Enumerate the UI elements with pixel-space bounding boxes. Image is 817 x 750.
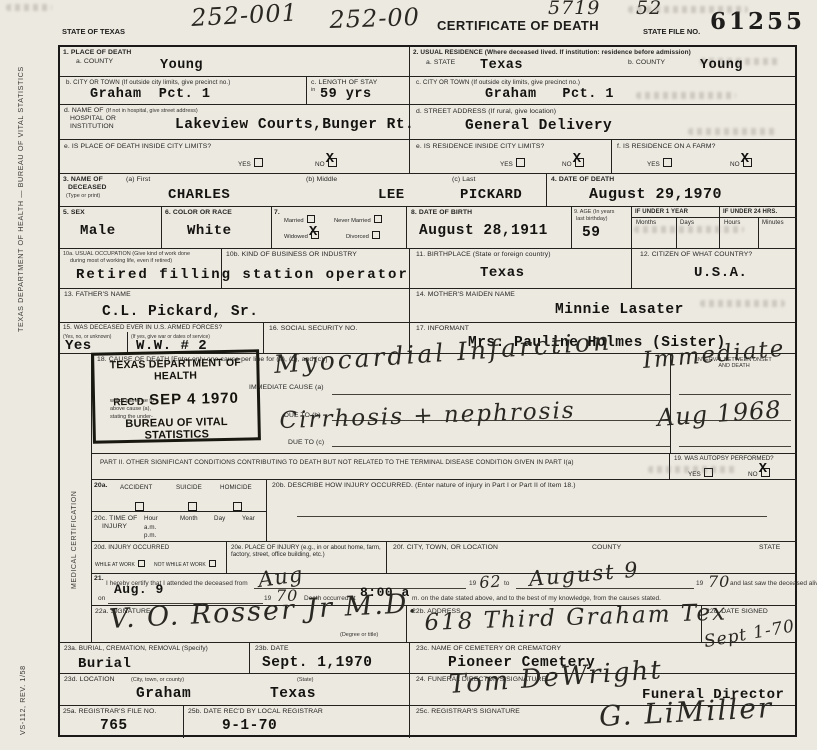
homicide-label: HOMICIDE (220, 484, 252, 491)
burial-date-value: Sept. 1,1970 (262, 655, 372, 671)
row-parents: 13. FATHER'S NAME C.L. Pickard, Sr. 14. … (60, 289, 795, 323)
checkbox-x-mark: X (573, 151, 581, 167)
date-received-value: 9-1-70 (222, 718, 277, 734)
city-of-death-value: Graham Pct. 1 (90, 87, 210, 102)
row-name-deceased: 3. NAME OF DECEASED (Type or print) (a) … (60, 174, 795, 207)
usual-residence-label: 2. USUAL RESIDENCE (Where deceased lived… (413, 49, 691, 56)
armed-forces-cell: 15. WAS DECEASED EVER IN U.S. ARMED FORC… (60, 323, 264, 353)
residence-limits-yes: YES (500, 158, 525, 168)
widowed-checkbox: X (311, 231, 319, 239)
burial-location-label: 23d. LOCATION (64, 676, 115, 683)
decedent-middle-name: LEE (378, 187, 405, 203)
residence-city-label: c. CITY OR TOWN (If outside city limits,… (416, 79, 580, 86)
armed-forces-label: 15. WAS DECEASED EVER IN U.S. ARMED FORC… (63, 324, 222, 331)
divorced-option: Divorced (346, 231, 380, 240)
physician-signature-cell: 22a. SIGNATURE (Degree or title) V. O. R… (92, 606, 407, 642)
handwritten-district-code: 252-001 (191, 0, 299, 32)
suicide-label: SUICIDE (176, 484, 202, 491)
handwritten-number-2: 52 (636, 0, 662, 19)
due-to-c-label: DUE TO (c) (288, 439, 324, 446)
date-received-label: 25b. DATE REC'D BY LOCAL REGISTRAR (188, 708, 323, 715)
residence-city-value: Graham Pct. 1 (485, 87, 614, 102)
place-of-death-label: 1. PLACE OF DEATH (63, 49, 131, 56)
type-or-print-note: (Type or print) (66, 193, 100, 199)
while-at-work-option: WHILE AT WORK (95, 560, 145, 568)
burial-type-cell: 23a. BURIAL, CREMATION, REMOVAL (Specify… (60, 643, 250, 673)
medical-certification-rail: MEDICAL CERTIFICATION (60, 354, 92, 642)
age-value: 59 (582, 225, 600, 241)
certify-to-text: to (504, 580, 509, 587)
not-while-at-work-checkbox (209, 560, 216, 567)
occupation-label-2: during most of working life, even if ret… (70, 258, 172, 264)
row-hospital-address: d. NAME OF (If not in hospital, give str… (60, 105, 795, 140)
year-label: Year (242, 515, 255, 522)
suicide-checkbox (188, 502, 197, 511)
age-cell: 9. AGE (In years last birthday) 59 (572, 207, 632, 248)
death-limits-yes: YES (238, 158, 263, 168)
occupation-value: Retired filling station operator (76, 267, 409, 283)
length-of-stay-sub: in (311, 87, 315, 93)
residence-state-label: a. STATE (426, 59, 455, 66)
never-married-checkbox (374, 215, 382, 223)
name-of-deceased-cell: 3. NAME OF DECEASED (Type or print) (a) … (60, 174, 547, 206)
decedent-first-name: CHARLES (168, 187, 230, 203)
checkbox-x-mark: X (326, 151, 334, 167)
date-received-cell: 25b. DATE REC'D BY LOCAL REGISTRAR 9-1-7… (184, 706, 410, 738)
row-occupation: 10a. USUAL OCCUPATION (Give kind of work… (60, 249, 795, 289)
hospital-name-note: (If not in hospital, give street address… (106, 108, 198, 114)
decedent-last-name: PICKARD (460, 187, 522, 203)
date-of-birth-value: August 28,1911 (419, 223, 548, 239)
manner-cell: 20a. ACCIDENT SUICIDE HOMICIDE (92, 480, 267, 512)
death-city-limits-cell: e. IS PLACE OF DEATH INSIDE CITY LIMITS?… (60, 140, 410, 173)
county-label: a. COUNTY (76, 58, 113, 65)
physician-signature-row: 22a. SIGNATURE (Degree or title) V. O. R… (92, 606, 797, 642)
street-address-value: General Delivery (465, 118, 612, 134)
injury-state-label: STATE (759, 544, 780, 551)
describe-injury-cell: 20b. DESCRIBE HOW INJURY OCCURRED. (Ente… (267, 480, 797, 541)
father-name-cell: 13. FATHER'S NAME C.L. Pickard, Sr. (60, 289, 410, 322)
time-of-injury-label-2: INJURY (102, 523, 127, 530)
certify-19b: 19 (696, 580, 703, 587)
row-city-limits: e. IS PLACE OF DEATH INSIDE CITY LIMITS?… (60, 140, 795, 174)
yes-checkbox (516, 158, 525, 167)
degree-or-title-note: (Degree or title) (340, 632, 378, 638)
injury-occurred-label: 20d. INJURY OCCURRED (94, 544, 169, 551)
divorced-checkbox (372, 231, 380, 239)
death-certificate-scan: TEXAS DEPARTMENT OF HEALTH — BUREAU OF V… (0, 0, 817, 750)
state-of-texas-label: STATE OF TEXAS (62, 27, 125, 36)
residence-city-limits-cell: e. IS RESIDENCE INSIDE CITY LIMITS? YES … (410, 140, 612, 173)
race-cell: 6. COLOR OR RACE White (162, 207, 272, 248)
street-address-label: d. STREET ADDRESS (If rural, give locati… (416, 108, 556, 115)
row-city-town: b. CITY OR TOWN (If outside city limits,… (60, 77, 795, 105)
received-stamp: TEXAS DEPARTMENT OF HEALTH REC'D SEP 4 1… (91, 349, 261, 443)
registrar-file-cell: 25a. REGISTRAR'S FILE NO. 765 (60, 706, 184, 738)
under-1-year-label: IF UNDER 1 YEAR (635, 209, 688, 215)
industry-label: 10b. KIND OF BUSINESS OR INDUSTRY (226, 251, 357, 258)
pm-label: p.m. (144, 532, 156, 539)
no-checkbox: X (328, 158, 337, 167)
row-place-residence: 1. PLACE OF DEATH a. COUNTY Young 2. USU… (60, 47, 795, 77)
no-checkbox: X (761, 468, 770, 477)
certify-to-year-handwriting: 70 (708, 572, 730, 591)
yes-checkbox (254, 158, 263, 167)
injury-city-label: 20f. CITY, TOWN, OR LOCATION (393, 544, 498, 551)
length-of-stay-cell: c. LENGTH OF STAY in 59 yrs (307, 77, 410, 104)
cemetery-label: 23c. NAME OF CEMETERY OR CREMATORY (416, 645, 561, 652)
middle-name-label: (b) Middle (306, 176, 337, 183)
state-note: (State) (297, 677, 314, 683)
no-checkbox: X (575, 158, 584, 167)
describe-injury-label: 20b. DESCRIBE HOW INJURY OCCURRED. (Ente… (272, 482, 576, 489)
hour-label: Hour (144, 515, 158, 522)
am-label: a.m. (144, 524, 156, 531)
not-while-at-work-option: NOT WHILE AT WORK (154, 560, 216, 568)
registrar-row: 25a. REGISTRAR'S FILE NO. 765 25b. DATE … (60, 706, 795, 738)
burial-row: 23a. BURIAL, CREMATION, REMOVAL (Specify… (60, 642, 795, 674)
age-label-1: 9. AGE (In years (574, 209, 614, 215)
father-name-value: C.L. Pickard, Sr. (102, 304, 258, 320)
bleed-through-artifact (688, 128, 778, 135)
citizen-label: 12. CITIZEN OF WHAT COUNTRY? (640, 251, 752, 258)
time-of-injury-label-1: 20c. TIME OF (94, 515, 137, 522)
date-of-death-value: August 29,1970 (589, 186, 722, 203)
city-of-death-cell: b. CITY OR TOWN (If outside city limits,… (60, 77, 307, 104)
death-city-limits-label: e. IS PLACE OF DEATH INSIDE CITY LIMITS? (64, 143, 211, 150)
injury-county-label: COUNTY (592, 544, 621, 551)
burial-city-value: Graham (136, 686, 191, 702)
name-of-deceased-label: 3. NAME OF (63, 176, 103, 183)
mother-name-label: 14. MOTHER'S MAIDEN NAME (416, 291, 515, 298)
certify-text-6: m. on the date stated above, and to the … (412, 595, 661, 602)
sex-cell: 5. SEX Male (60, 207, 162, 248)
widowed-option: WidowedX (284, 231, 319, 240)
armed-forces-value: Yes (65, 338, 92, 354)
no-checkbox: X (743, 158, 752, 167)
place-of-injury-label: 20e. PLACE OF INJURY (e.g., in or about … (231, 544, 381, 558)
hospital-value: Lakeview Courts,Bunger Rt. (175, 117, 414, 133)
hospital-cell: d. NAME OF (If not in hospital, give str… (60, 105, 410, 139)
checkbox-x-mark: X (741, 151, 749, 167)
burial-location-cell: 23d. LOCATION (City, town, or county) (S… (60, 674, 410, 705)
physician-address-cell: 22b. ADDRESS 618 Third Graham Tex (407, 606, 702, 642)
residence-city-cell: c. CITY OR TOWN (If outside city limits,… (410, 77, 797, 104)
never-married-option: Never Married (334, 215, 382, 224)
farm-label: f. IS RESIDENCE ON A FARM? (617, 143, 716, 150)
county-value: Young (160, 58, 203, 73)
institution-label: INSTITUTION (70, 123, 114, 130)
sex-value: Male (80, 223, 116, 239)
certify-text-3: and last saw the deceased alive (730, 580, 817, 587)
residence-state-value: Texas (480, 58, 523, 73)
age-label-2: last birthday) (576, 216, 608, 222)
city-town-county-note: (City, town, or county) (131, 677, 184, 683)
citizen-cell: 12. CITIZEN OF WHAT COUNTRY? U.S.A. (632, 249, 797, 288)
length-of-stay-value: 59 yrs (320, 87, 372, 102)
place-of-death-section: 1. PLACE OF DEATH a. COUNTY Young (60, 47, 410, 76)
part-two-cell: PART II. OTHER SIGNIFICANT CONDITIONS CO… (92, 454, 670, 479)
certify-on-date-typed: Aug. 9 (114, 582, 164, 597)
accident-checkbox (135, 502, 144, 511)
burial-date-cell: 23b. DATE Sept. 1,1970 (250, 643, 410, 673)
residence-county-value: Young (700, 58, 743, 73)
month-label: Month (180, 515, 198, 522)
autopsy-no: NOX (748, 468, 770, 478)
birthplace-label: 11. BIRTHPLACE (State or foreign country… (416, 251, 551, 258)
mother-name-value: Minnie Lasater (555, 302, 684, 318)
margin-department-label: TEXAS DEPARTMENT OF HEALTH — BUREAU OF V… (16, 66, 25, 332)
checkbox-x-mark: X (309, 224, 317, 240)
manner-number: 20a. (94, 482, 108, 489)
burial-state-value: Texas (270, 686, 316, 702)
autopsy-label: 19. WAS AUTOPSY PERFORMED? (674, 455, 792, 462)
ssn-label: 16. SOCIAL SECURITY NO. (269, 325, 357, 332)
length-of-stay-label: c. LENGTH OF STAY (311, 79, 377, 86)
date-of-birth-cell: 8. DATE OF BIRTH August 28,1911 (407, 207, 572, 248)
farm-yes: YES (647, 158, 672, 168)
bleed-through-artifact (634, 226, 744, 233)
checkbox-x-mark: X (759, 461, 767, 477)
certify-on-text: on (98, 595, 105, 602)
immediate-cause-label: IMMEDIATE CAUSE (a) (249, 384, 324, 391)
occupation-label-1: 10a. USUAL OCCUPATION (Give kind of work… (63, 251, 190, 257)
citizen-value: U.S.A. (694, 265, 747, 281)
handwritten-district-code-2: 252-00 (329, 3, 420, 34)
homicide-checkbox (233, 502, 242, 511)
accident-label: ACCIDENT (120, 484, 152, 491)
farm-no: NOX (730, 158, 752, 168)
date-of-death-cell: 4. DATE OF DEATH August 29,1970 (547, 174, 797, 206)
deceased-label: DECEASED (68, 184, 107, 191)
minutes-label: Minutes (762, 220, 784, 226)
certificate-title: CERTIFICATE OF DEATH (437, 18, 599, 33)
last-name-label: (c) Last (452, 176, 475, 183)
injury-row: 20a. ACCIDENT SUICIDE HOMICIDE 20c. TIME… (92, 480, 797, 542)
race-label: 6. COLOR OR RACE (165, 209, 232, 216)
handwritten-number: 5719 (548, 0, 600, 19)
informant-label: 17. INFORMANT (416, 325, 469, 332)
stamp-line-3: BUREAU OF VITAL STATISTICS (95, 415, 257, 442)
certify-from-year-handwriting: 62 (479, 571, 503, 592)
certify-19a: 19 (469, 580, 476, 587)
marital-number-label: 7. (274, 209, 280, 216)
usual-residence-section: 2. USUAL RESIDENCE (Where deceased lived… (410, 47, 797, 76)
burial-type-label: 23a. BURIAL, CREMATION, REMOVAL (Specify… (64, 645, 208, 652)
father-name-label: 13. FATHER'S NAME (64, 291, 131, 298)
injury-place-row: 20d. INJURY OCCURRED WHILE AT WORK NOT W… (92, 542, 797, 574)
residence-county-label: b. COUNTY (628, 59, 665, 66)
sex-label: 5. SEX (63, 209, 85, 216)
residence-limits-no: NOX (562, 158, 584, 168)
cause-c-handwriting: Cirrhosis + nephrosis (279, 398, 576, 434)
time-of-injury-cell: 20c. TIME OF INJURY Hour a.m. p.m. Month… (92, 512, 267, 541)
registrar-file-value: 765 (100, 718, 128, 734)
certify-number: 21. (94, 575, 104, 582)
yes-checkbox (663, 158, 672, 167)
city-of-death-label: b. CITY OR TOWN (If outside city limits,… (66, 79, 230, 86)
birthplace-value: Texas (480, 265, 525, 281)
race-value: White (187, 223, 232, 239)
marital-status-cell: 7. Married Never Married WidowedX Divorc… (272, 207, 407, 248)
first-name-label: (a) First (126, 176, 150, 183)
farm-cell: f. IS RESIDENCE ON A FARM? YES NOX (612, 140, 797, 173)
registrar-signature-cell: 25c. REGISTRAR'S SIGNATURE G. LiMiller (410, 706, 797, 738)
married-option: Married (284, 215, 315, 224)
burial-date-label: 23b. DATE (255, 645, 289, 652)
bleed-through-artifact (648, 466, 738, 473)
stamp-line-1: TEXAS DEPARTMENT OF HEALTH (94, 356, 256, 383)
bleed-through-artifact (636, 92, 736, 99)
married-checkbox (307, 215, 315, 223)
part-two-label: PART II. OTHER SIGNIFICANT CONDITIONS CO… (100, 459, 574, 466)
day-label: Day (214, 515, 225, 522)
residence-city-limits-label: e. IS RESIDENCE INSIDE CITY LIMITS? (416, 143, 544, 150)
while-at-work-checkbox (138, 560, 145, 567)
injury-occurred-cell: 20d. INJURY OCCURRED WHILE AT WORK NOT W… (92, 542, 227, 573)
margin-form-code: VS-112, REV. 1/58 (18, 665, 27, 735)
medical-certification-label: MEDICAL CERTIFICATION (71, 491, 78, 589)
date-of-birth-label: 8. DATE OF BIRTH (411, 209, 472, 216)
hospital-name-label: d. NAME OF (64, 107, 104, 114)
death-limits-no: NOX (315, 158, 337, 168)
birthplace-cell: 11. BIRTHPLACE (State or foreign country… (410, 249, 632, 288)
hospital-or-label: HOSPITAL OR (70, 115, 116, 122)
state-file-no-label: STATE FILE NO. (643, 27, 700, 36)
burial-type-value: Burial (78, 656, 131, 672)
date-of-death-label: 4. DATE OF DEATH (551, 176, 614, 183)
stamp-date-line: REC'D SEP 4 1970 (95, 389, 257, 409)
bleed-through-artifact (700, 300, 785, 307)
place-of-injury-cell: 20e. PLACE OF INJURY (e.g., in or about … (227, 542, 387, 573)
registrar-signature-label: 25c. REGISTRAR'S SIGNATURE (416, 708, 520, 715)
stamp-recd-label: REC'D (113, 397, 144, 409)
under-24-hrs-label: IF UNDER 24 HRS. (723, 209, 777, 215)
stamp-date: SEP 4 1970 (149, 390, 239, 409)
bleed-through-artifact (6, 4, 52, 11)
registrar-file-label: 25a. REGISTRAR'S FILE NO. (63, 708, 156, 715)
